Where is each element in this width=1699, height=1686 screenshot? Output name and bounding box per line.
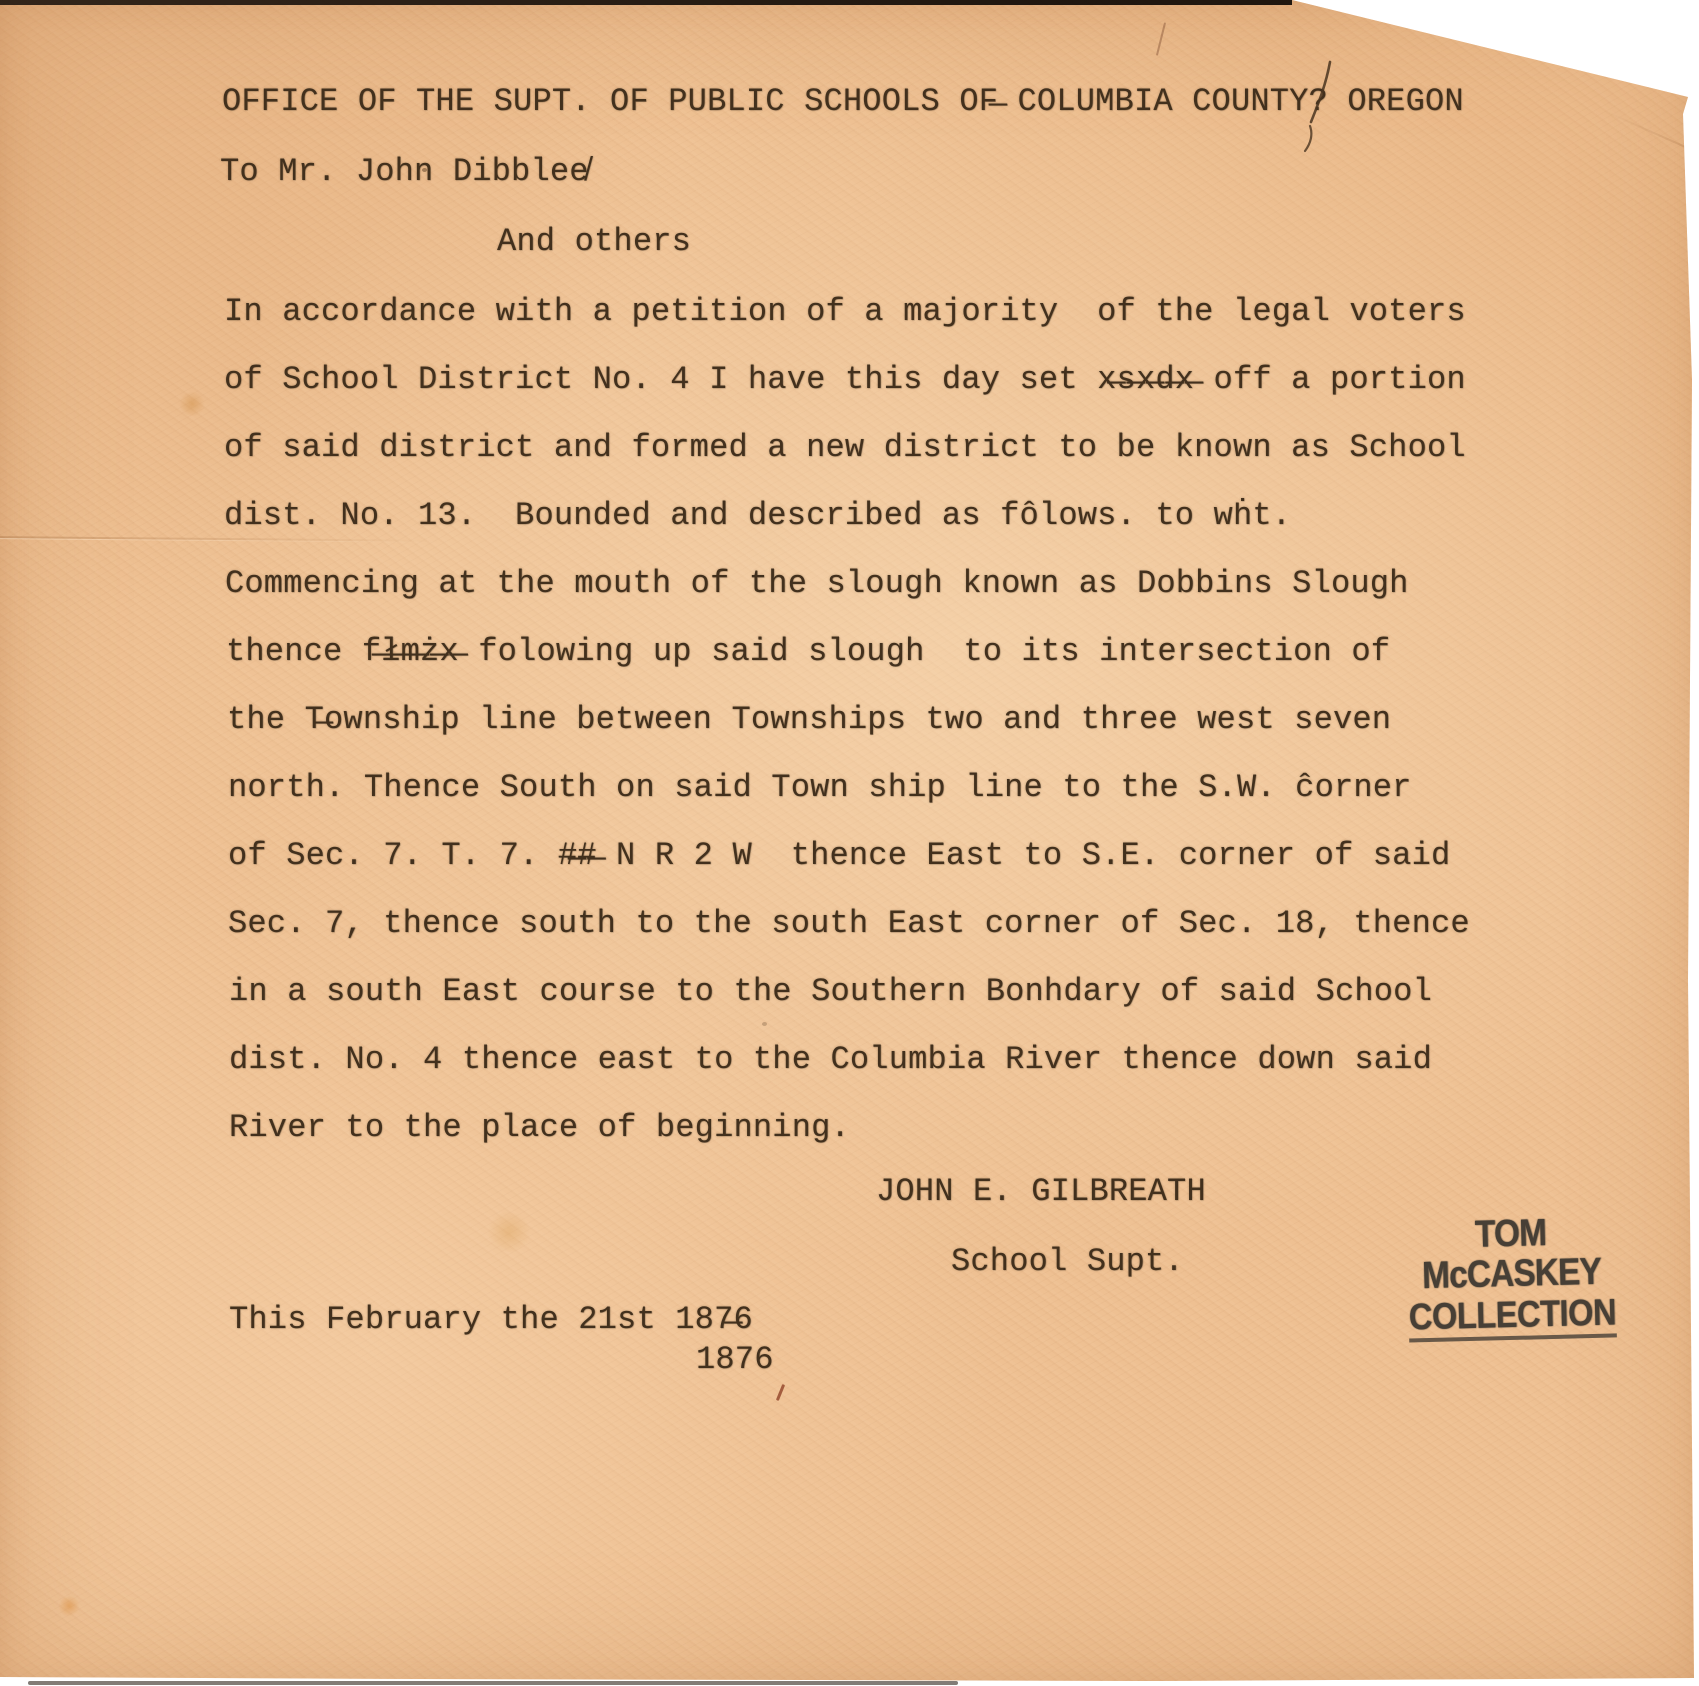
handwritten-comma-mark: [1305, 126, 1311, 151]
body-line: north. Thence South on said Town ship li…: [228, 770, 1412, 806]
salutation-line: To Mr. John Dibblee̸: [220, 154, 589, 190]
body-line: the T̶ownship line between Townships two…: [227, 702, 1391, 738]
body-line: of School District No. 4 I have this day…: [224, 362, 1466, 398]
red-ink-tick: [776, 1384, 785, 1401]
collection-stamp: TOM McCASKEY COLLECTION: [1397, 1211, 1625, 1342]
body-line: dist. No. 13. Bounded and described as f…: [224, 498, 1291, 534]
body-line: In accordance with a petition of a major…: [224, 294, 1466, 330]
body-line: Commencing at the mouth of the slough kn…: [225, 566, 1409, 602]
body-line: Sec. 7, thence south to the south East c…: [228, 906, 1470, 942]
date-line: This February the 21st 187̶6: [229, 1302, 753, 1338]
signature-name: JOHN E. GILBREATH: [876, 1174, 1206, 1210]
fold-crease: [0, 536, 440, 542]
scan-edge-bottom: [28, 1681, 958, 1685]
header-line: OFFICE OF THE SUPT. OF PUBLIC SCHOOLS OF…: [222, 84, 1464, 120]
body-line: of Sec. 7. T. 7. #̶#̶ N R 2 W thence Eas…: [228, 838, 1450, 874]
date-correction-line: 1876: [696, 1342, 774, 1378]
paper-stain: [486, 1212, 532, 1252]
scan-edge-top: [0, 0, 1292, 5]
scanned-letter: OFFICE OF THE SUPT. OF PUBLIC SCHOOLS OF…: [0, 0, 1699, 1686]
ink-speck: [762, 1022, 767, 1026]
salutation2-line: And others: [497, 224, 691, 260]
stamp-line-2: COLLECTION: [1408, 1292, 1616, 1342]
body-line: thence f̶ł̶m̶ż̶x̶ folowing up said sloug…: [226, 634, 1390, 670]
stamp-line-1: TOM McCASKEY: [1397, 1211, 1624, 1296]
body-line: of said district and formed a new distri…: [224, 430, 1466, 466]
paper: OFFICE OF THE SUPT. OF PUBLIC SCHOOLS OF…: [0, 0, 1699, 1686]
scratch-mark: [1156, 22, 1166, 55]
body-line: in a south East course to the Southern B…: [229, 974, 1432, 1010]
paper-stain: [178, 392, 206, 416]
signature-title: School Supt.: [951, 1244, 1184, 1280]
body-line: River to the place of beginning.: [229, 1110, 850, 1146]
fold-crease: [1602, 109, 1699, 156]
paper-stain: [58, 1596, 80, 1616]
body-line: dist. No. 4 thence east to the Columbia …: [229, 1042, 1432, 1078]
